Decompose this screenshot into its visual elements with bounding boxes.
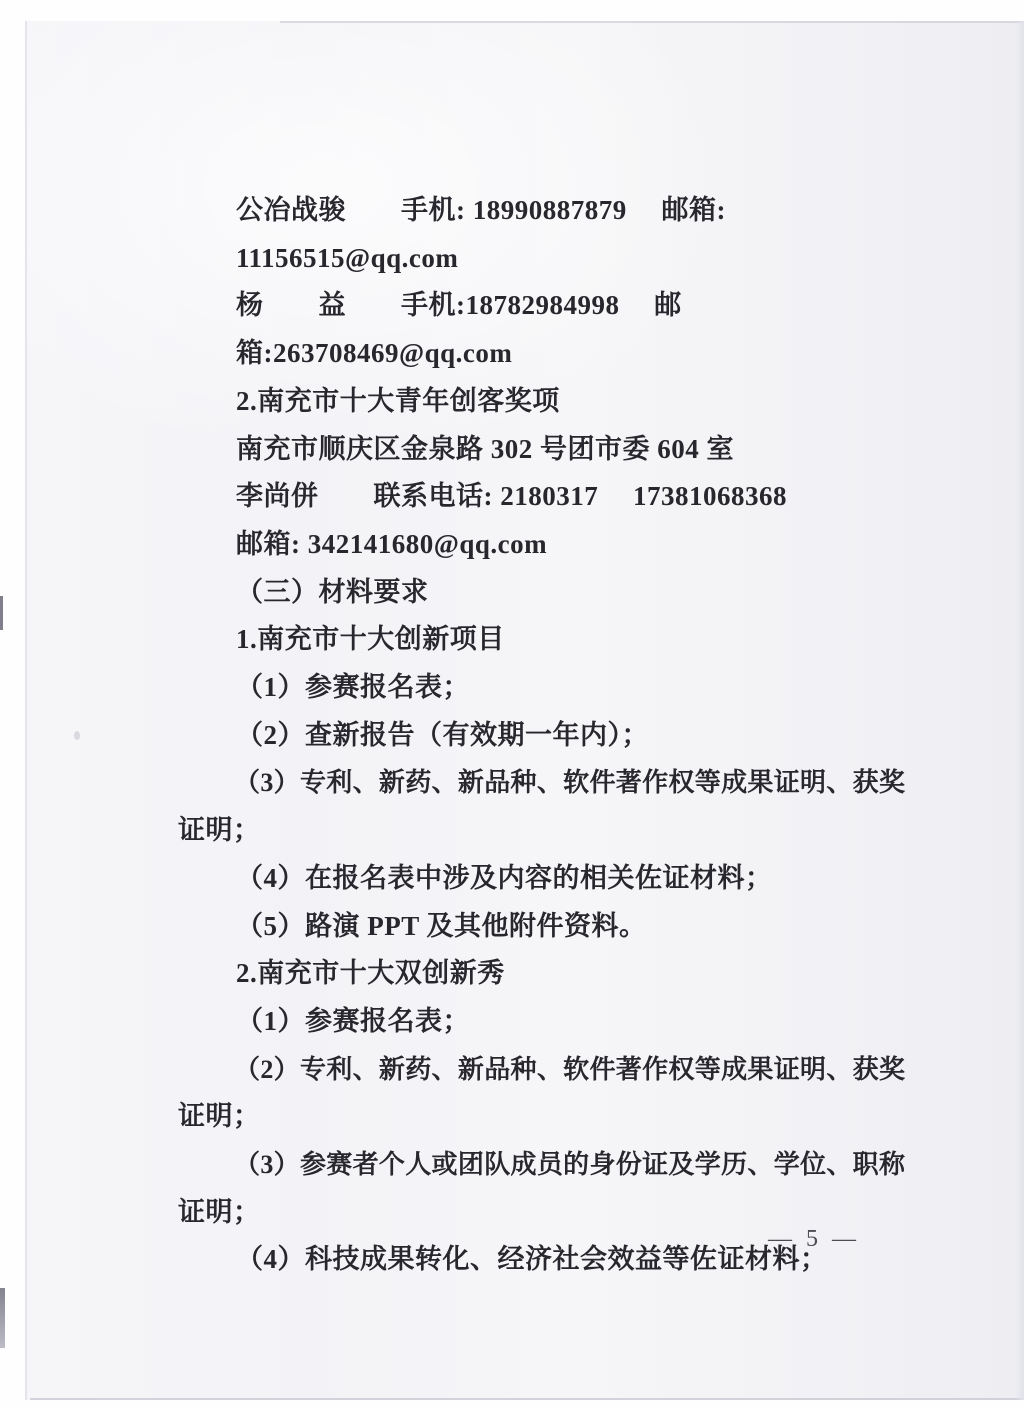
page-number: — 5 — [768, 1226, 860, 1253]
scanned-document: 公冶战骏 手机: 18990887879 邮箱: 11156515@qq.com… [0, 0, 1024, 1408]
item-2-req-2: （2）专利、新药、新品种、软件著作权等成果证明、获奖 [178, 1046, 905, 1094]
item-1-req-3-wrap: 证明； [178, 807, 905, 855]
item-1-req-5: （5）路演 PPT 及其他附件资料。 [178, 903, 905, 951]
scan-edge-top [280, 21, 1024, 23]
contact-line-yangyi: 杨 益 手机:18782984998 邮箱:263708469@qq.com [178, 282, 905, 377]
scan-edge-left [25, 21, 27, 1400]
address-line: 南充市顺庆区金泉路 302 号团市委 604 室 [178, 426, 905, 474]
item-2-req-1: （1）参赛报名表； [178, 998, 905, 1046]
contact-line-lishangbing: 李尚併 联系电话: 2180317 17381068368 [178, 473, 905, 521]
scan-artifact-dark-sliver [0, 1288, 5, 1348]
section-3-heading: （三）材料要求 [178, 569, 905, 617]
document-body: 公冶战骏 手机: 18990887879 邮箱: 11156515@qq.com… [178, 187, 905, 1284]
scan-artifact-dark-sliver [0, 596, 3, 630]
scan-edge-right [1015, 21, 1024, 1400]
email-line: 邮箱: 342141680@qq.com [178, 521, 905, 569]
item-1-req-4: （4）在报名表中涉及内容的相关佐证材料； [178, 855, 905, 903]
scan-artifact-speck [74, 731, 80, 740]
item-2-req-2-wrap: 证明； [178, 1093, 905, 1141]
item-2-req-3: （3）参赛者个人或团队成员的身份证及学历、学位、职称 [178, 1141, 905, 1189]
item-1-req-1: （1）参赛报名表； [178, 664, 905, 712]
item-1-req-2: （2）查新报告（有效期一年内）； [178, 712, 905, 760]
contact-line-gongye: 公冶战骏 手机: 18990887879 邮箱: 11156515@qq.com [178, 187, 905, 282]
item-2-heading: 2.南充市十大双创新秀 [178, 950, 905, 998]
item-1-req-3: （3）专利、新药、新品种、软件著作权等成果证明、获奖 [178, 759, 905, 807]
item-1-heading: 1.南充市十大创新项目 [178, 616, 905, 664]
award-2-heading: 2.南充市十大青年创客奖项 [178, 378, 905, 426]
scan-edge-bottom [30, 1398, 1024, 1400]
